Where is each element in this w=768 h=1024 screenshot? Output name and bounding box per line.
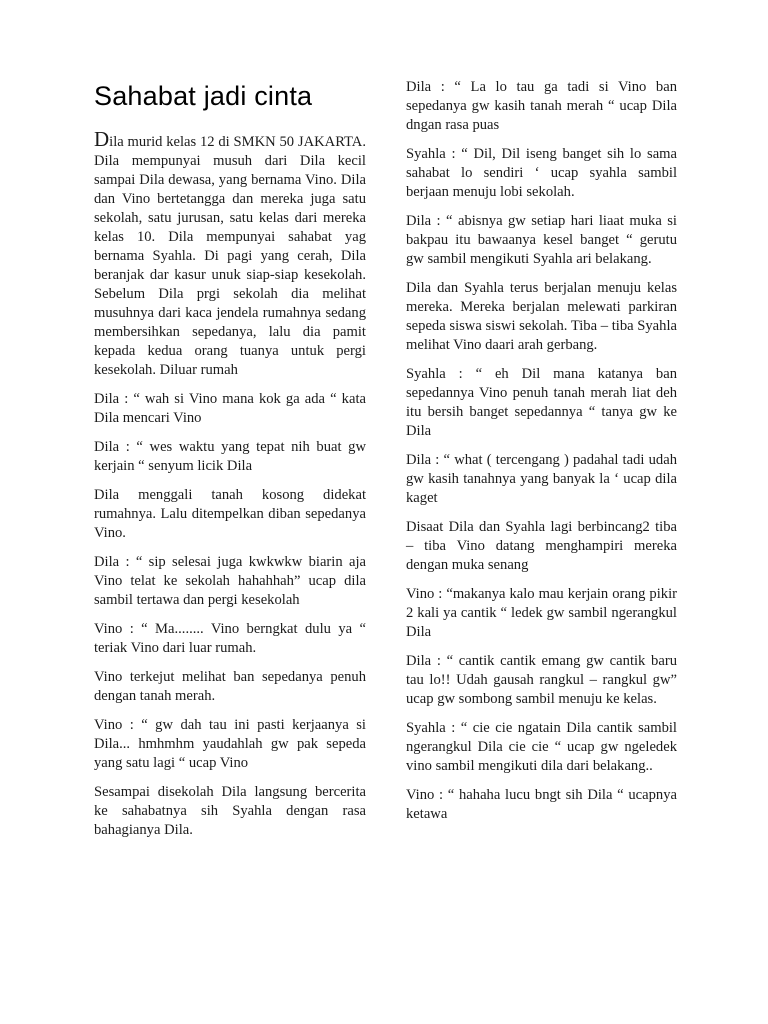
- paragraph: Dila : “ abisnya gw setiap hari liaat mu…: [406, 212, 677, 269]
- paragraph: Vino : “ gw dah tau ini pasti kerjaanya …: [94, 716, 366, 773]
- enlarged-initial: D: [94, 127, 109, 151]
- paragraph: Dila : “ La lo tau ga tadi si Vino ban s…: [406, 78, 677, 135]
- paragraph: Sesampai disekolah Dila langsung berceri…: [94, 783, 366, 840]
- paragraph: Dila : “ wah si Vino mana kok ga ada “ k…: [94, 390, 366, 428]
- paragraph: Dila murid kelas 12 di SMKN 50 JAKARTA. …: [94, 130, 366, 380]
- document-page: Sahabat jadi cinta Dila murid kelas 12 d…: [0, 0, 768, 1024]
- paragraph: Dila : “ wes waktu yang tepat nih buat g…: [94, 438, 366, 476]
- paragraph: Dila menggali tanah kosong didekat rumah…: [94, 486, 366, 543]
- paragraph: Syahla : “ eh Dil mana katanya ban seped…: [406, 365, 677, 441]
- paragraph: Vino : “ Ma........ Vino berngkat dulu y…: [94, 620, 366, 658]
- paragraph: Dila : “ sip selesai juga kwkwkw biarin …: [94, 553, 366, 610]
- paragraph: Dila dan Syahla terus berjalan menuju ke…: [406, 279, 677, 355]
- paragraph: Vino : “makanya kalo mau kerjain orang p…: [406, 585, 677, 642]
- paragraph: Vino terkejut melihat ban sepedanya penu…: [94, 668, 366, 706]
- page-title: Sahabat jadi cinta: [94, 80, 366, 112]
- left-column: Sahabat jadi cinta Dila murid kelas 12 d…: [94, 80, 366, 850]
- paragraph: Disaat Dila dan Syahla lagi berbincang2 …: [406, 518, 677, 575]
- paragraph: Dila : “ cantik cantik emang gw cantik b…: [406, 652, 677, 709]
- paragraph: Vino : “ hahaha lucu bngt sih Dila “ uca…: [406, 786, 677, 824]
- paragraph: Dila : “ what ( tercengang ) padahal tad…: [406, 451, 677, 508]
- right-column: Dila : “ La lo tau ga tadi si Vino ban s…: [406, 78, 677, 834]
- paragraph: Syahla : “ Dil, Dil iseng banget sih lo …: [406, 145, 677, 202]
- paragraph: Syahla : “ cie cie ngatain Dila cantik s…: [406, 719, 677, 776]
